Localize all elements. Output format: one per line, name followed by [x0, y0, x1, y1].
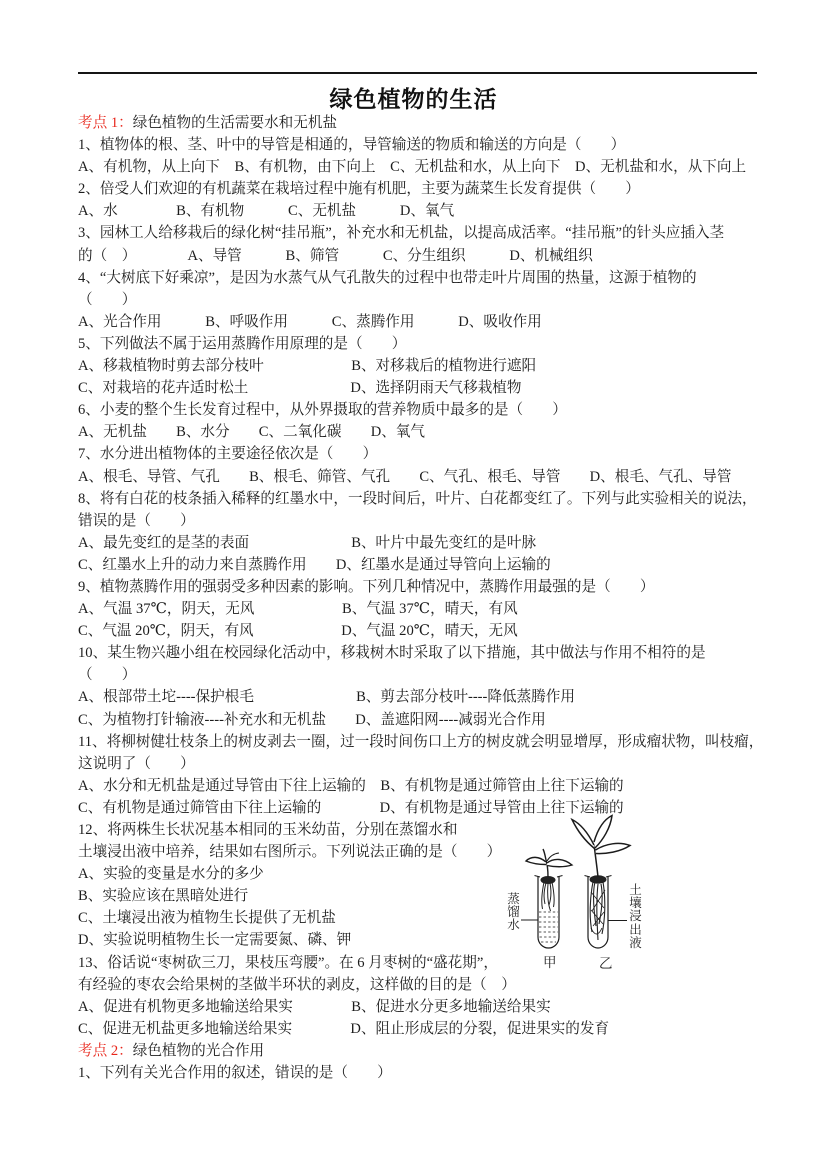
text-line: C、对栽培的花卉适时松土 D、选择阴雨天气移栽植物: [78, 377, 778, 399]
text-line: 错误的是（ ）: [78, 510, 778, 532]
text-line: C、红墨水上升的动力来自蒸腾作用 D、红墨水是通过导管向上运输的: [78, 554, 778, 576]
text-line: C、有机物是通过筛管由下往上运输的 D、有机物是通过导管由上往下运输的: [78, 797, 778, 819]
line-text: 绿色植物的生活需要水和无机盐: [133, 115, 337, 131]
text-line: A、无机盐 B、水分 C、二氧化碳 D、氧气: [78, 421, 778, 443]
line-text: 错误的是（ ）: [78, 513, 195, 529]
line-text: 4、“大树底下好乘凉”，是因为水蒸气从气孔散失的过程中也带走叶片周围的热量，这源…: [78, 270, 697, 286]
text-line: C、为植物打针输液----补充水和无机盐 D、盖遮阳网----减弱光合作用: [78, 709, 778, 731]
worksheet-page: 绿色植物的生活 考点 1：绿色植物的生活需要水和无机盐1、植物体的根、茎、叶中的…: [0, 0, 827, 1169]
text-line: A、根部带土坨----保护根毛 B、剪去部分枝叶----降低蒸腾作用: [78, 686, 778, 708]
text-line: A、促进有机物更多地输送给果实 B、促进水分更多地输送给果实: [78, 996, 778, 1018]
distilled-water-label: 蒸馏水: [506, 893, 521, 933]
line-text: 土壤浸出液中培养，结果如右图所示。下列说法正确的是（ ）: [78, 844, 501, 860]
line-text: （ ）: [78, 292, 136, 308]
text-line: A、光合作用 B、呼吸作用 C、蒸腾作用 D、吸收作用: [78, 311, 778, 333]
text-line: 有经验的枣农会给果树的茎做半环状的剥皮，这样做的目的是（ ）: [78, 974, 778, 996]
line-text: A、无机盐 B、水分 C、二氧化碳 D、氧气: [78, 424, 425, 440]
text-line: 5、下列做法不属于运用蒸腾作用原理的是（ ）: [78, 333, 778, 355]
line-text: D、实验说明植物生长一定需要氮、磷、钾: [78, 932, 351, 948]
page-title: 绿色植物的生活: [0, 81, 827, 114]
tube-b-caption: 乙: [599, 952, 613, 972]
text-line: A、水 B、有机物 C、无机盐 D、氧气: [78, 200, 778, 222]
text-line: 这说明了（ ）: [78, 753, 778, 775]
test-tube-a-icon: [521, 849, 572, 948]
line-text: A、实验的变量是水分的多少: [78, 866, 264, 882]
text-line: 7、水分进出植物体的主要途径依次是（ ）: [78, 443, 778, 465]
text-line: A、水分和无机盐是通过导管由下往上运输的 B、有机物是通过筛管由上往下运输的: [78, 775, 778, 797]
line-text: C、对栽培的花卉适时松土 D、选择阴雨天气移栽植物: [78, 380, 522, 396]
line-text: 的（ ） A、导管 B、筛管 C、分生组织 D、机械组织: [78, 248, 593, 264]
line-text: 8、将有白花的枝条插入稀释的红墨水中，一段时间后，叶片、白花都变红了。下列与此实…: [78, 491, 757, 507]
text-line: 12、将两株生长状况基本相同的玉米幼苗，分别在蒸馏水和: [78, 819, 778, 841]
tube-a-caption: 甲: [543, 951, 557, 971]
text-line: 2、倍受人们欢迎的有机蔬菜在栽培过程中施有机肥，主要为蔬菜生长发育提供（ ）: [78, 178, 778, 200]
text-line: D、实验说明植物生长一定需要氮、磷、钾: [78, 929, 778, 951]
line-text: 10、某生物兴趣小组在校园绿化活动中，移栽树木时采取了以下措施，其中做法与作用不…: [78, 645, 706, 661]
line-text: A、根部带土坨----保护根毛 B、剪去部分枝叶----降低蒸腾作用: [78, 689, 575, 705]
line-text: A、根毛、导管、气孔 B、根毛、筛管、气孔 C、气孔、根毛、导管 D、根毛、气孔…: [78, 469, 732, 485]
text-line: （ ）: [78, 664, 778, 686]
line-text: A、水分和无机盐是通过导管由下往上运输的 B、有机物是通过筛管由上往下运输的: [78, 778, 624, 794]
text-line: 的（ ） A、导管 B、筛管 C、分生组织 D、机械组织: [78, 245, 778, 267]
line-text: A、光合作用 B、呼吸作用 C、蒸腾作用 D、吸收作用: [78, 314, 542, 330]
text-line: （ ）: [78, 289, 778, 311]
text-line: 6、小麦的整个生长发育过程中，从外界摄取的营养物质中最多的是（ ）: [78, 399, 778, 421]
text-line: 土壤浸出液中培养，结果如右图所示。下列说法正确的是（ ）: [78, 841, 778, 863]
line-text: 2、倍受人们欢迎的有机蔬菜在栽培过程中施有机肥，主要为蔬菜生长发育提供（ ）: [78, 181, 640, 197]
text-line: A、气温 37℃，阴天，无风 B、气温 37℃，晴天，有风: [78, 598, 778, 620]
text-line: 8、将有白花的枝条插入稀释的红墨水中，一段时间后，叶片、白花都变红了。下列与此实…: [78, 488, 778, 510]
text-line: A、最先变红的是茎的表面 B、叶片中最先变红的是叶脉: [78, 532, 778, 554]
line-text: 11、将柳树健壮枝条上的树皮剥去一圈，过一段时间伤口上方的树皮就会明显增厚，形成…: [78, 734, 763, 750]
section-heading: 考点 2：绿色植物的光合作用: [78, 1040, 778, 1062]
line-text: C、土壤浸出液为植物生长提供了无机盐: [78, 910, 336, 926]
line-text: C、促进无机盐更多地输送给果实 D、阻止形成层的分裂，促进果实的发育: [78, 1021, 609, 1037]
line-text: A、促进有机物更多地输送给果实 B、促进水分更多地输送给果实: [78, 999, 551, 1015]
text-line: 9、植物蒸腾作用的强弱受多种因素的影响。下列几种情况中，蒸腾作用最强的是（ ）: [78, 576, 778, 598]
section-label: 考点 1：: [78, 115, 133, 131]
text-line: 1、植物体的根、茎、叶中的导管是相通的，导管输送的物质和输送的方向是（ ）: [78, 134, 778, 156]
text-line: 4、“大树底下好乘凉”，是因为水蒸气从气孔散失的过程中也带走叶片周围的热量，这源…: [78, 267, 778, 289]
text-line: 1、下列有关光合作用的叙述，错误的是（ ）: [78, 1062, 778, 1084]
line-text: 9、植物蒸腾作用的强弱受多种因素的影响。下列几种情况中，蒸腾作用最强的是（ ）: [78, 579, 654, 595]
line-text: 7、水分进出植物体的主要途径依次是（ ）: [78, 446, 377, 462]
text-line: C、土壤浸出液为植物生长提供了无机盐: [78, 907, 778, 929]
body-lines: 考点 1：绿色植物的生活需要水和无机盐1、植物体的根、茎、叶中的导管是相通的，导…: [78, 112, 778, 1084]
line-text: 绿色植物的光合作用: [133, 1043, 264, 1059]
line-text: （ ）: [78, 667, 136, 683]
roots-b: [590, 875, 607, 940]
line-text: A、水 B、有机物 C、无机盐 D、氧气: [78, 203, 454, 219]
text-line: C、促进无机盐更多地输送给果实 D、阻止形成层的分裂，促进果实的发育: [78, 1018, 778, 1040]
line-text: A、气温 37℃，阴天，无风 B、气温 37℃，晴天，有风: [78, 601, 518, 617]
line-text: 有经验的枣农会给果树的茎做半环状的剥皮，这样做的目的是（ ）: [78, 977, 516, 993]
line-text: C、红墨水上升的动力来自蒸腾作用 D、红墨水是通过导管向上运输的: [78, 557, 551, 573]
text-line: C、气温 20℃，阴天，有风 D、气温 20℃，晴天，无风: [78, 620, 778, 642]
line-text: 3、园林工人给移栽后的绿化树“挂吊瓶”，补充水和无机盐，以提高成活率。“挂吊瓶”…: [78, 225, 724, 241]
line-text: 12、将两株生长状况基本相同的玉米幼苗，分别在蒸馏水和: [78, 822, 457, 838]
test-tube-b-icon: [572, 816, 630, 949]
text-line: A、根毛、导管、气孔 B、根毛、筛管、气孔 C、气孔、根毛、导管 D、根毛、气孔…: [78, 466, 778, 488]
text-line: 3、园林工人给移栽后的绿化树“挂吊瓶”，补充水和无机盐，以提高成活率。“挂吊瓶”…: [78, 222, 778, 244]
line-text: 13、俗话说“枣树砍三刀，果枝压弯腰”。在 6 月枣树的“盛花期”，: [78, 955, 498, 971]
soil-extract-label: 土壤浸出液: [628, 884, 643, 950]
text-line: A、移栽植物时剪去部分枝叶 B、对移栽后的植物进行遮阳: [78, 355, 778, 377]
line-text: C、为植物打针输液----补充水和无机盐 D、盖遮阳网----减弱光合作用: [78, 712, 546, 728]
text-line: A、有机物，从上向下 B、有机物，由下向上 C、无机盐和水，从上向下 D、无机盐…: [78, 156, 778, 178]
section-heading: 考点 1：绿色植物的生活需要水和无机盐: [78, 112, 778, 134]
line-text: C、气温 20℃，阴天，有风 D、气温 20℃，晴天，无风: [78, 623, 518, 639]
roots-a: [541, 876, 556, 911]
header-divider: [78, 72, 757, 74]
line-text: A、移栽植物时剪去部分枝叶 B、对移栽后的植物进行遮阳: [78, 358, 536, 374]
section-label: 考点 2：: [78, 1043, 133, 1059]
seedling-large-icon: [572, 816, 630, 878]
line-text: 1、下列有关光合作用的叙述，错误的是（ ）: [78, 1065, 392, 1081]
experiment-figure: 蒸馏水 土壤浸出液 甲 乙: [498, 812, 673, 980]
line-text: 5、下列做法不属于运用蒸腾作用原理的是（ ）: [78, 336, 406, 352]
seedling-small-icon: [526, 849, 572, 877]
line-text: 6、小麦的整个生长发育过程中，从外界摄取的营养物质中最多的是（ ）: [78, 402, 567, 418]
line-text: B、实验应该在黑暗处进行: [78, 888, 248, 904]
seedling-tubes-illustration: [498, 812, 673, 980]
text-line: 13、俗话说“枣树砍三刀，果枝压弯腰”。在 6 月枣树的“盛花期”，: [78, 952, 778, 974]
line-text: 1、植物体的根、茎、叶中的导管是相通的，导管输送的物质和输送的方向是（ ）: [78, 137, 625, 153]
line-text: A、有机物，从上向下 B、有机物，由下向上 C、无机盐和水，从上向下 D、无机盐…: [78, 159, 746, 175]
line-text: A、最先变红的是茎的表面 B、叶片中最先变红的是叶脉: [78, 535, 536, 551]
text-line: 11、将柳树健壮枝条上的树皮剥去一圈，过一段时间伤口上方的树皮就会明显增厚，形成…: [78, 731, 778, 753]
line-text: 这说明了（ ）: [78, 756, 195, 772]
text-line: A、实验的变量是水分的多少: [78, 863, 778, 885]
text-line: 10、某生物兴趣小组在校园绿化活动中，移栽树木时采取了以下措施，其中做法与作用不…: [78, 642, 778, 664]
text-line: B、实验应该在黑暗处进行: [78, 885, 778, 907]
